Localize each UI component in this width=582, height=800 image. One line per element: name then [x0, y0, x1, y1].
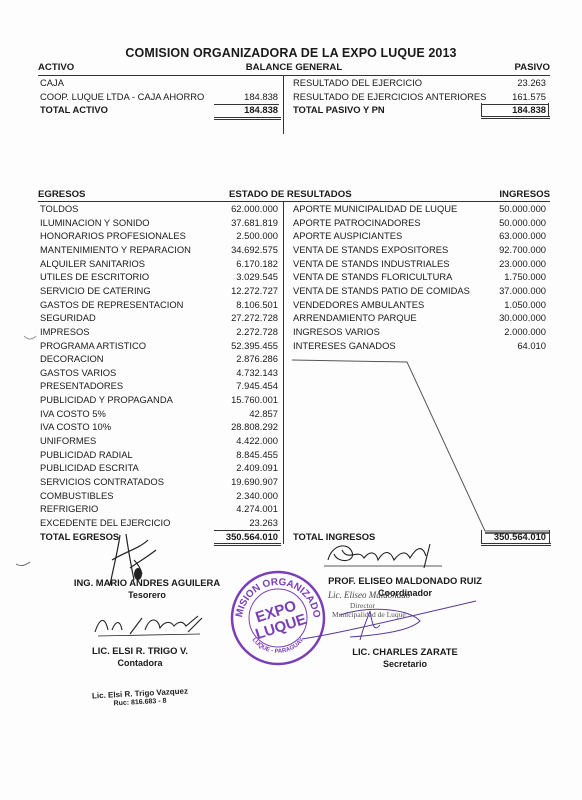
total-egresos-value: 350.564.010 — [196, 531, 278, 543]
ingresos-total-double-rule — [481, 543, 551, 546]
coordinador-name: PROF. ELISEO MALDONADO RUIZ — [305, 575, 505, 586]
signature-coordinador — [318, 540, 448, 572]
scan-marks — [0, 330, 40, 590]
tesorero-role: Tesorero — [52, 590, 242, 600]
signature-contadora — [90, 612, 210, 642]
contadora-role: Contadora — [40, 658, 240, 668]
secretario-name: LIC. CHARLES ZARATE — [305, 646, 505, 657]
tesorero-name: ING. MARIO ANDRES AGUILERA — [52, 577, 242, 588]
egresos-total-double-rule — [214, 543, 281, 546]
total-ingresos-value: 350.564.010 — [470, 531, 546, 543]
secretario-role: Secretario — [305, 659, 505, 669]
contadora-name: LIC. ELSI R. TRIGO V. — [40, 645, 240, 656]
signature-secretario — [300, 595, 480, 645]
z-line-filler — [0, 0, 582, 800]
